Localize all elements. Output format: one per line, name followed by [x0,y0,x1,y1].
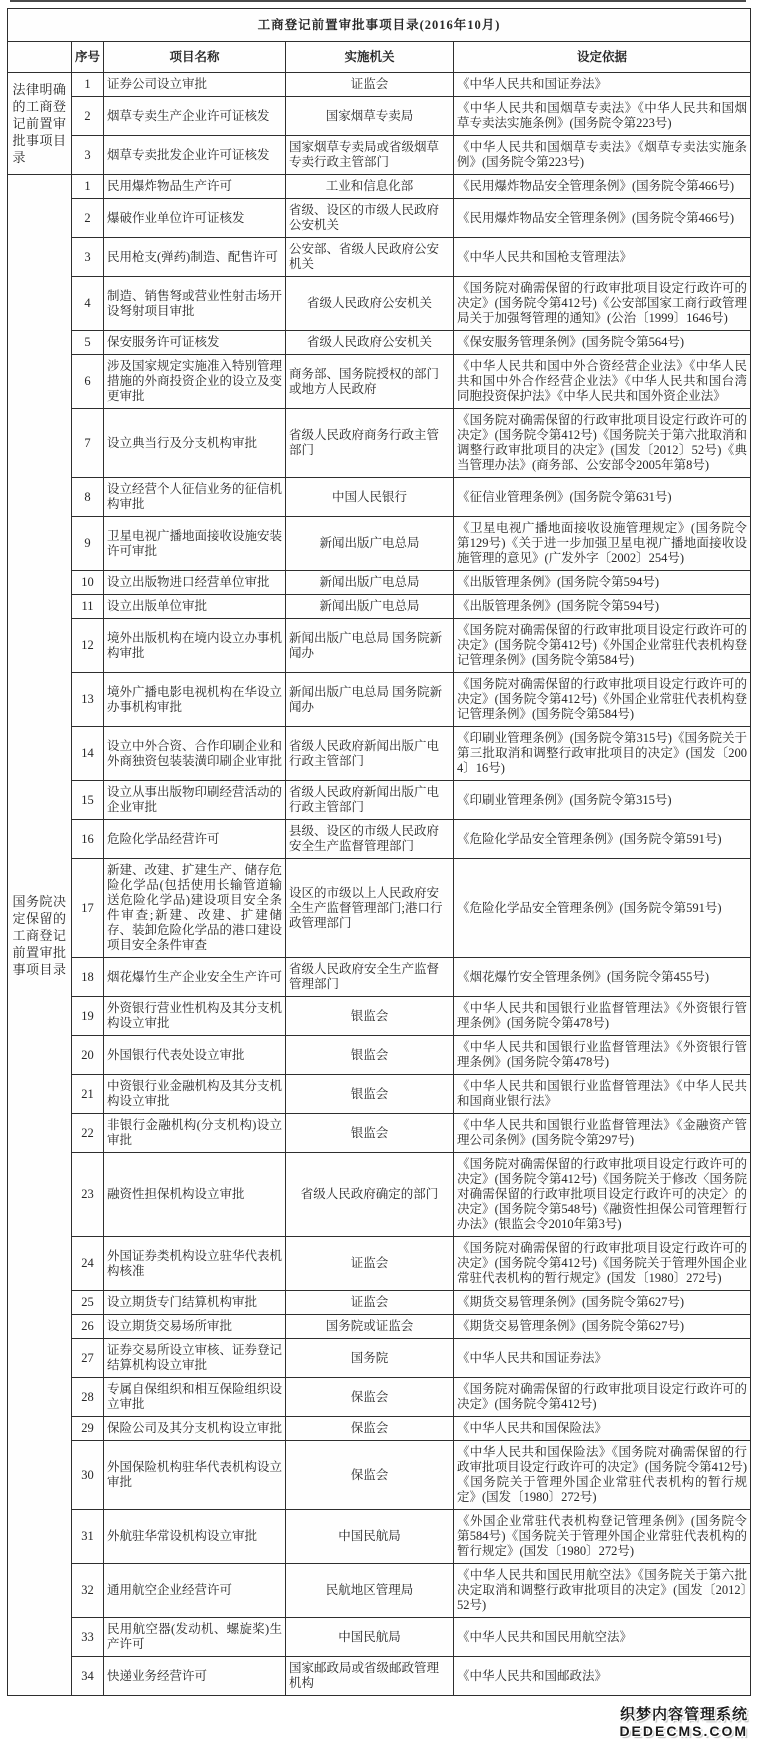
agency-cell: 新闻出版广电总局 [286,595,454,619]
project-name-cell: 境外广播电影电视机构在华设立办事机构审批 [104,673,286,727]
row-number-cell: 30 [72,1441,104,1510]
row-number-cell: 1 [72,73,104,97]
table-row: 5保安服务许可证核发省级人民政府公安机关《保安服务管理条例》(国务院令第564号… [8,331,751,355]
row-number-cell: 31 [72,1510,104,1564]
column-header-no: 序号 [72,42,104,73]
project-name-cell: 外资银行营业性机构及其分支机构设立审批 [104,997,286,1036]
row-number-cell: 25 [72,1291,104,1315]
row-number-cell: 7 [72,409,104,478]
row-number-cell: 18 [72,958,104,997]
project-name-cell: 融资性担保机构设立审批 [104,1153,286,1237]
row-number-cell: 27 [72,1339,104,1378]
row-number-cell: 17 [72,859,104,958]
agency-cell: 县级、设区的市级人民政府安全生产监督管理部门 [286,820,454,859]
project-name-cell: 设立典当行及分支机构审批 [104,409,286,478]
watermark-text-cn: 织梦内容管理系统 [619,1706,748,1723]
basis-cell: 《民用爆炸物品安全管理条例》(国务院令第466号) [454,199,751,238]
basis-cell: 《中华人民共和国保险法》 [454,1417,751,1441]
row-number-cell: 28 [72,1378,104,1417]
table-row: 6涉及国家规定实施准入特别管理措施的外商投资企业的设立及变更审批商务部、国务院授… [8,355,751,409]
project-name-cell: 设立经营个人征信业务的征信机构审批 [104,478,286,517]
project-name-cell: 民用枪支(弹药)制造、配售许可 [104,238,286,277]
basis-cell: 《中华人民共和国保险法》《国务院对确需保留的行政审批项目设定行政许可的决定》(国… [454,1441,751,1510]
project-name-cell: 设立出版物进口经营单位审批 [104,571,286,595]
row-number-cell: 33 [72,1618,104,1657]
agency-cell: 省级、设区的市级人民政府公安机关 [286,199,454,238]
row-number-cell: 19 [72,997,104,1036]
table-row: 32通用航空企业经营许可民航地区管理局《中华人民共和国民用航空法》《国务院关于第… [8,1564,751,1618]
row-number-cell: 8 [72,478,104,517]
column-header-basis: 设定依据 [454,42,751,73]
project-name-cell: 证券公司设立审批 [104,73,286,97]
category-label: 法律明确的工商登记前置审批事项目录 [13,81,67,166]
project-name-cell: 外航驻华常设机构设立审批 [104,1510,286,1564]
basis-cell: 《出版管理条例》(国务院令第594号) [454,571,751,595]
table-row: 33民用航空器(发动机、螺旋桨)生产许可中国民航局《中华人民共和国民用航空法》 [8,1618,751,1657]
row-number-cell: 3 [72,136,104,175]
table-row: 10设立出版物进口经营单位审批新闻出版广电总局《出版管理条例》(国务院令第594… [8,571,751,595]
basis-cell: 《中华人民共和国证券法》 [454,1339,751,1378]
category-column-header [8,42,72,73]
row-number-cell: 15 [72,781,104,820]
watermark-text-en: DEDECMS.COM [619,1723,748,1740]
table-row: 2烟草专卖生产企业许可证核发国家烟草专卖局《中华人民共和国烟草专卖法》《中华人民… [8,97,751,136]
agency-cell: 国家邮政局或省级邮政管理机构 [286,1657,454,1696]
column-header-agency: 实施机关 [286,42,454,73]
project-name-cell: 涉及国家规定实施准入特别管理措施的外商投资企业的设立及变更审批 [104,355,286,409]
row-number-cell: 5 [72,331,104,355]
table-row: 9卫星电视广播地面接收设施安装许可审批新闻出版广电总局《卫星电视广播地面接收设施… [8,517,751,571]
row-number-cell: 22 [72,1114,104,1153]
agency-cell: 工业和信息化部 [286,175,454,199]
table-row: 29保险公司及其分支机构设立审批保监会《中华人民共和国保险法》 [8,1417,751,1441]
project-name-cell: 危险化学品经营许可 [104,820,286,859]
basis-cell: 《国务院对确需保留的行政审批项目设定行政许可的决定》(国务院令第412号)《国务… [454,409,751,478]
table-row: 26设立期货交易场所审批国务院或证监会《期货交易管理条例》(国务院令第627号) [8,1315,751,1339]
table-row: 22非银行金融机构(分支机构)设立审批银监会《中华人民共和国银行业监督管理法》《… [8,1114,751,1153]
agency-cell: 国家烟草专卖局 [286,97,454,136]
row-number-cell: 14 [72,727,104,781]
basis-cell: 《期货交易管理条例》(国务院令第627号) [454,1315,751,1339]
category-cell: 法律明确的工商登记前置审批事项目录 [8,73,72,175]
table-row: 15设立从事出版物印刷经营活动的企业审批省级人民政府新闻出版广电行政主管部门《印… [8,781,751,820]
basis-cell: 《中华人民共和国中外合资经营企业法》《中华人民共和国中外合作经营企业法》《中华人… [454,355,751,409]
table-row: 19外资银行营业性机构及其分支机构设立审批银监会《中华人民共和国银行业监督管理法… [8,997,751,1036]
table-row: 34快递业务经营许可国家邮政局或省级邮政管理机构《中华人民共和国邮政法》 [8,1657,751,1696]
table-row: 18烟花爆竹生产企业安全生产许可省级人民政府安全生产监督管理部门《烟花爆竹安全管… [8,958,751,997]
agency-cell: 银监会 [286,1036,454,1075]
category-label: 国务院决定保留的工商登记前置审批事项目录 [13,893,67,978]
dedecms-watermark: 织梦内容管理系统 DEDECMS.COM [619,1706,748,1740]
basis-cell: 《印刷业管理条例》(国务院令第315号) [454,781,751,820]
project-name-cell: 设立从事出版物印刷经营活动的企业审批 [104,781,286,820]
project-name-cell: 境外出版机构在境内设立办事机构审批 [104,619,286,673]
row-number-cell: 21 [72,1075,104,1114]
table-row: 7设立典当行及分支机构审批省级人民政府商务行政主管部门《国务院对确需保留的行政审… [8,409,751,478]
project-name-cell: 通用航空企业经营许可 [104,1564,286,1618]
basis-cell: 《中华人民共和国银行业监督管理法》《金融资产管理公司条例》(国务院令第297号) [454,1114,751,1153]
agency-cell: 省级人民政府公安机关 [286,331,454,355]
row-number-cell: 2 [72,97,104,136]
table-row: 30外国保险机构驻华代表机构设立审批保监会《中华人民共和国保险法》《国务院对确需… [8,1441,751,1510]
agency-cell: 中国民航局 [286,1618,454,1657]
basis-cell: 《中华人民共和国枪支管理法》 [454,238,751,277]
row-number-cell: 23 [72,1153,104,1237]
basis-cell: 《征信业管理条例》(国务院令第631号) [454,478,751,517]
basis-cell: 《危险化学品安全管理条例》(国务院令第591号) [454,820,751,859]
agency-cell: 国务院 [286,1339,454,1378]
basis-cell: 《中华人民共和国银行业监督管理法》《外资银行管理条例》(国务院令第478号) [454,1036,751,1075]
page-top-rule [10,0,746,2]
project-name-cell: 设立期货专门结算机构审批 [104,1291,286,1315]
project-name-cell: 保安服务许可证核发 [104,331,286,355]
basis-cell: 《烟花爆竹安全管理条例》(国务院令第455号) [454,958,751,997]
project-name-cell: 设立中外合资、合作印刷企业和外商独资包装装潢印刷企业审批 [104,727,286,781]
agency-cell: 民航地区管理局 [286,1564,454,1618]
agency-cell: 银监会 [286,997,454,1036]
agency-cell: 新闻出版广电总局 国务院新闻办 [286,619,454,673]
table-row: 28专属自保组织和相互保险组织设立审批保监会《国务院对确需保留的行政审批项目设定… [8,1378,751,1417]
agency-cell: 省级人民政府公安机关 [286,277,454,331]
agency-cell: 新闻出版广电总局 国务院新闻办 [286,673,454,727]
project-name-cell: 外国保险机构驻华代表机构设立审批 [104,1441,286,1510]
table-row: 国务院决定保留的工商登记前置审批事项目录1民用爆炸物品生产许可工业和信息化部《民… [8,175,751,199]
table-row: 14设立中外合资、合作印刷企业和外商独资包装装潢印刷企业审批省级人民政府新闻出版… [8,727,751,781]
project-name-cell: 快递业务经营许可 [104,1657,286,1696]
row-number-cell: 20 [72,1036,104,1075]
table-row: 8设立经营个人征信业务的征信机构审批中国人民银行《征信业管理条例》(国务院令第6… [8,478,751,517]
agency-cell: 证监会 [286,1291,454,1315]
row-number-cell: 9 [72,517,104,571]
agency-cell: 保监会 [286,1441,454,1510]
project-name-cell: 中资银行业金融机构及其分支机构设立审批 [104,1075,286,1114]
basis-cell: 《中华人民共和国邮政法》 [454,1657,751,1696]
row-number-cell: 11 [72,595,104,619]
project-name-cell: 民用爆炸物品生产许可 [104,175,286,199]
row-number-cell: 12 [72,619,104,673]
agency-cell: 保监会 [286,1378,454,1417]
row-number-cell: 34 [72,1657,104,1696]
basis-cell: 《印刷业管理条例》(国务院令第315号)《国务院关于第三批取消和调整行政审批项目… [454,727,751,781]
table-row: 21中资银行业金融机构及其分支机构设立审批银监会《中华人民共和国银行业监督管理法… [8,1075,751,1114]
project-name-cell: 设立出版单位审批 [104,595,286,619]
table-row: 24外国证券类机构设立驻华代表机构核准证监会《国务院对确需保留的行政审批项目设定… [8,1237,751,1291]
table-row: 31外航驻华常设机构设立审批中国民航局《外国企业常驻代表机构登记管理条例》(国务… [8,1510,751,1564]
column-header-name: 项目名称 [104,42,286,73]
agency-cell: 省级人民政府安全生产监督管理部门 [286,958,454,997]
basis-cell: 《中华人民共和国银行业监督管理法》《外资银行管理条例》(国务院令第478号) [454,997,751,1036]
project-name-cell: 烟花爆竹生产企业安全生产许可 [104,958,286,997]
agency-cell: 新闻出版广电总局 [286,571,454,595]
agency-cell: 省级人民政府新闻出版广电行政主管部门 [286,781,454,820]
row-number-cell: 4 [72,277,104,331]
row-number-cell: 1 [72,175,104,199]
table-row: 16危险化学品经营许可县级、设区的市级人民政府安全生产监督管理部门《危险化学品安… [8,820,751,859]
agency-cell: 保监会 [286,1417,454,1441]
basis-cell: 《国务院对确需保留的行政审批项目设定行政许可的决定》(国务院令第412号)《国务… [454,1237,751,1291]
row-number-cell: 6 [72,355,104,409]
project-name-cell: 新建、改建、扩建生产、储存危险化学品(包括使用长输管道输送危险化学品)建设项目安… [104,859,286,958]
category-cell: 国务院决定保留的工商登记前置审批事项目录 [8,175,72,1696]
basis-cell: 《中华人民共和国证券法》 [454,73,751,97]
agency-cell: 新闻出版广电总局 [286,517,454,571]
row-number-cell: 13 [72,673,104,727]
title-row: 工商登记前置审批事项目录(2016年10月) [8,9,751,42]
table-row: 3烟草专卖批发企业许可证核发国家烟草专卖局或省级烟草专卖行政主管部门《中华人民共… [8,136,751,175]
row-number-cell: 2 [72,199,104,238]
basis-cell: 《卫星电视广播地面接收设施管理规定》(国务院令第129号)《关于进一步加强卫星电… [454,517,751,571]
basis-cell: 《中华人民共和国民用航空法》《国务院关于第六批决定取消和调整行政审批项目的决定》… [454,1564,751,1618]
row-number-cell: 16 [72,820,104,859]
agency-cell: 中国人民银行 [286,478,454,517]
project-name-cell: 外国银行代表处设立审批 [104,1036,286,1075]
basis-cell: 《国务院对确需保留的行政审批项目设定行政许可的决定》(国务院令第412号)《外国… [454,673,751,727]
project-name-cell: 外国证券类机构设立驻华代表机构核准 [104,1237,286,1291]
basis-cell: 《期货交易管理条例》(国务院令第627号) [454,1291,751,1315]
agency-cell: 商务部、国务院授权的部门或地方人民政府 [286,355,454,409]
project-name-cell: 设立期货交易场所审批 [104,1315,286,1339]
basis-cell: 《国务院对确需保留的行政审批项目设定行政许可的决定》(国务院令第412号)《国务… [454,1153,751,1237]
basis-cell: 《外国企业常驻代表机构登记管理条例》(国务院令第584号)《国务院关于管理外国企… [454,1510,751,1564]
project-name-cell: 民用航空器(发动机、螺旋桨)生产许可 [104,1618,286,1657]
table-row: 27证券交易所设立审核、证券登记结算机构设立审批国务院《中华人民共和国证券法》 [8,1339,751,1378]
basis-cell: 《中华人民共和国银行业监督管理法》《中华人民共和国商业银行法》 [454,1075,751,1114]
row-number-cell: 24 [72,1237,104,1291]
table-row: 17新建、改建、扩建生产、储存危险化学品(包括使用长输管道输送危险化学品)建设项… [8,859,751,958]
table-row: 23融资性担保机构设立审批省级人民政府确定的部门《国务院对确需保留的行政审批项目… [8,1153,751,1237]
page-title: 工商登记前置审批事项目录(2016年10月) [8,9,751,42]
basis-cell: 《民用爆炸物品安全管理条例》(国务院令第466号) [454,175,751,199]
table-row: 12境外出版机构在境内设立办事机构审批新闻出版广电总局 国务院新闻办《国务院对确… [8,619,751,673]
project-name-cell: 保险公司及其分支机构设立审批 [104,1417,286,1441]
basis-cell: 《危险化学品安全管理条例》(国务院令第591号) [454,859,751,958]
basis-cell: 《国务院对确需保留的行政审批项目设定行政许可的决定》(国务院令第412号)《外国… [454,619,751,673]
basis-cell: 《国务院对确需保留的行政审批项目设定行政许可的决定》(国务院令第412号)《公安… [454,277,751,331]
approval-catalog-table: 工商登记前置审批事项目录(2016年10月) 序号 项目名称 实施机关 设定依据… [7,8,751,1696]
basis-cell: 《中华人民共和国烟草专卖法》《中华人民共和国烟草专卖法实施条例》(国务院令第22… [454,97,751,136]
agency-cell: 证监会 [286,73,454,97]
project-name-cell: 证券交易所设立审核、证券登记结算机构设立审批 [104,1339,286,1378]
agency-cell: 省级人民政府确定的部门 [286,1153,454,1237]
table-row: 20外国银行代表处设立审批银监会《中华人民共和国银行业监督管理法》《外资银行管理… [8,1036,751,1075]
table-row: 法律明确的工商登记前置审批事项目录1证券公司设立审批证监会《中华人民共和国证券法… [8,73,751,97]
table-row: 3民用枪支(弹药)制造、配售许可公安部、省级人民政府公安机关《中华人民共和国枪支… [8,238,751,277]
column-header-row: 序号 项目名称 实施机关 设定依据 [8,42,751,73]
row-number-cell: 10 [72,571,104,595]
basis-cell: 《国务院对确需保留的行政审批项目设定行政许可的决定》(国务院令第412号) [454,1378,751,1417]
agency-cell: 省级人民政府商务行政主管部门 [286,409,454,478]
project-name-cell: 非银行金融机构(分支机构)设立审批 [104,1114,286,1153]
agency-cell: 中国民航局 [286,1510,454,1564]
agency-cell: 国家烟草专卖局或省级烟草专卖行政主管部门 [286,136,454,175]
agency-cell: 银监会 [286,1114,454,1153]
table-body: 法律明确的工商登记前置审批事项目录1证券公司设立审批证监会《中华人民共和国证券法… [8,73,751,1696]
row-number-cell: 26 [72,1315,104,1339]
basis-cell: 《中华人民共和国民用航空法》 [454,1618,751,1657]
project-name-cell: 卫星电视广播地面接收设施安装许可审批 [104,517,286,571]
project-name-cell: 专属自保组织和相互保险组织设立审批 [104,1378,286,1417]
agency-cell: 国务院或证监会 [286,1315,454,1339]
table-row: 2爆破作业单位许可证核发省级、设区的市级人民政府公安机关《民用爆炸物品安全管理条… [8,199,751,238]
agency-cell: 设区的市级以上人民政府安全生产监督管理部门;港口行政管理部门 [286,859,454,958]
project-name-cell: 烟草专卖生产企业许可证核发 [104,97,286,136]
project-name-cell: 制造、销售弩或营业性射击场开设弩射项目审批 [104,277,286,331]
row-number-cell: 3 [72,238,104,277]
agency-cell: 银监会 [286,1075,454,1114]
table-row: 13境外广播电影电视机构在华设立办事机构审批新闻出版广电总局 国务院新闻办《国务… [8,673,751,727]
table-row: 11设立出版单位审批新闻出版广电总局《出版管理条例》(国务院令第594号) [8,595,751,619]
agency-cell: 省级人民政府新闻出版广电行政主管部门 [286,727,454,781]
project-name-cell: 爆破作业单位许可证核发 [104,199,286,238]
basis-cell: 《中华人民共和国烟草专卖法》《烟草专卖法实施条例》(国务院令第223号) [454,136,751,175]
project-name-cell: 烟草专卖批发企业许可证核发 [104,136,286,175]
basis-cell: 《保安服务管理条例》(国务院令第564号) [454,331,751,355]
basis-cell: 《出版管理条例》(国务院令第594号) [454,595,751,619]
row-number-cell: 29 [72,1417,104,1441]
table-row: 25设立期货专门结算机构审批证监会《期货交易管理条例》(国务院令第627号) [8,1291,751,1315]
agency-cell: 证监会 [286,1237,454,1291]
row-number-cell: 32 [72,1564,104,1618]
agency-cell: 公安部、省级人民政府公安机关 [286,238,454,277]
table-row: 4制造、销售弩或营业性射击场开设弩射项目审批省级人民政府公安机关《国务院对确需保… [8,277,751,331]
